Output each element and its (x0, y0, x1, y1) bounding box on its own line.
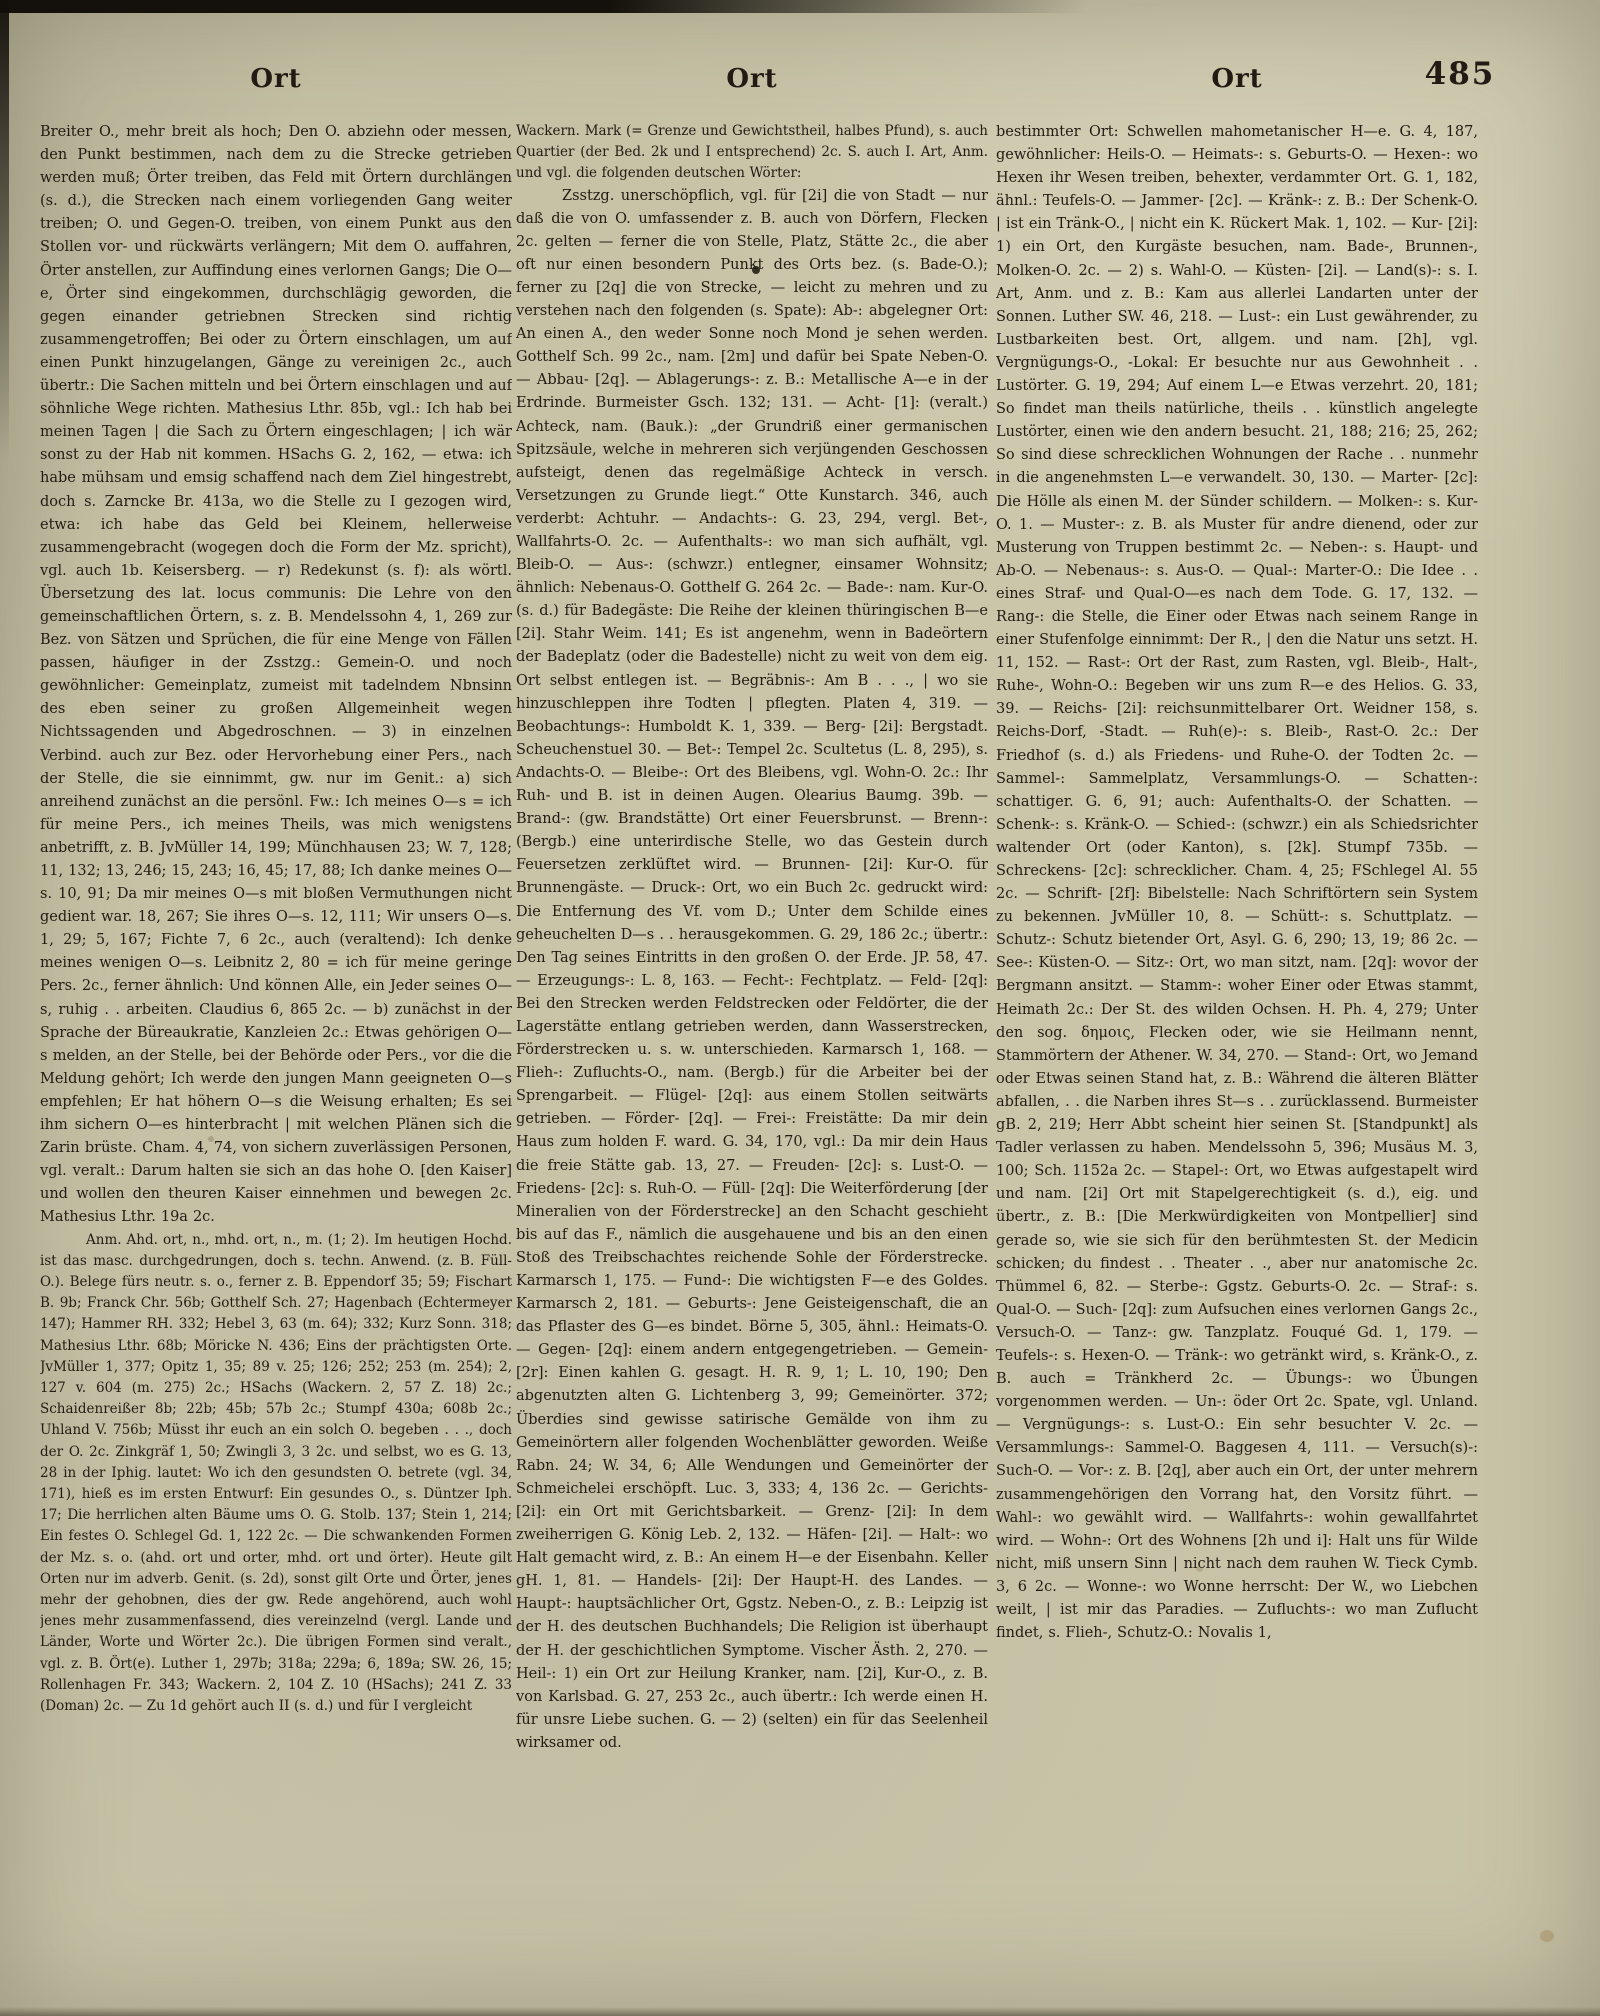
paragraph-anmerkung: Anm. Ahd. ort, n., mhd. ort, n., m. (1; … (40, 1230, 512, 1718)
paragraph-entry-continuation: Breiter O., mehr breit als hoch; Den O. … (40, 121, 512, 1230)
scan-edge-bottom (0, 2007, 1600, 2016)
text-column-3: bestimmter Ort: Schwellen mahometanische… (996, 121, 1478, 1645)
paper-stain (208, 1136, 214, 1142)
text-column-2: Wackern. Mark (= Grenze und Gewichtsthei… (516, 121, 988, 1755)
paragraph-zusammensetzungen: Zsstzg. unerschöpflich, vgl. für [2i] di… (516, 185, 988, 1755)
running-head-col1: Ort (40, 64, 512, 94)
running-head-col2: Ort (516, 64, 988, 94)
scan-edge-left (0, 0, 9, 460)
book-page: Ort Ort Ort 485 Breiter O., mehr breit a… (0, 0, 1600, 2016)
page-number: 485 (1396, 56, 1524, 92)
paragraph-anmerkung-continuation: Wackern. Mark (= Grenze und Gewichtsthei… (516, 121, 988, 185)
ink-blot (752, 266, 760, 274)
text-column-1: Breiter O., mehr breit als hoch; Den O. … (40, 121, 512, 1717)
scan-edge-top (0, 0, 1600, 13)
paper-stain (1196, 1566, 1203, 1572)
paragraph-zusammensetzungen-continuation: bestimmter Ort: Schwellen mahometanische… (996, 121, 1478, 1645)
paper-stain (1540, 1930, 1554, 1942)
